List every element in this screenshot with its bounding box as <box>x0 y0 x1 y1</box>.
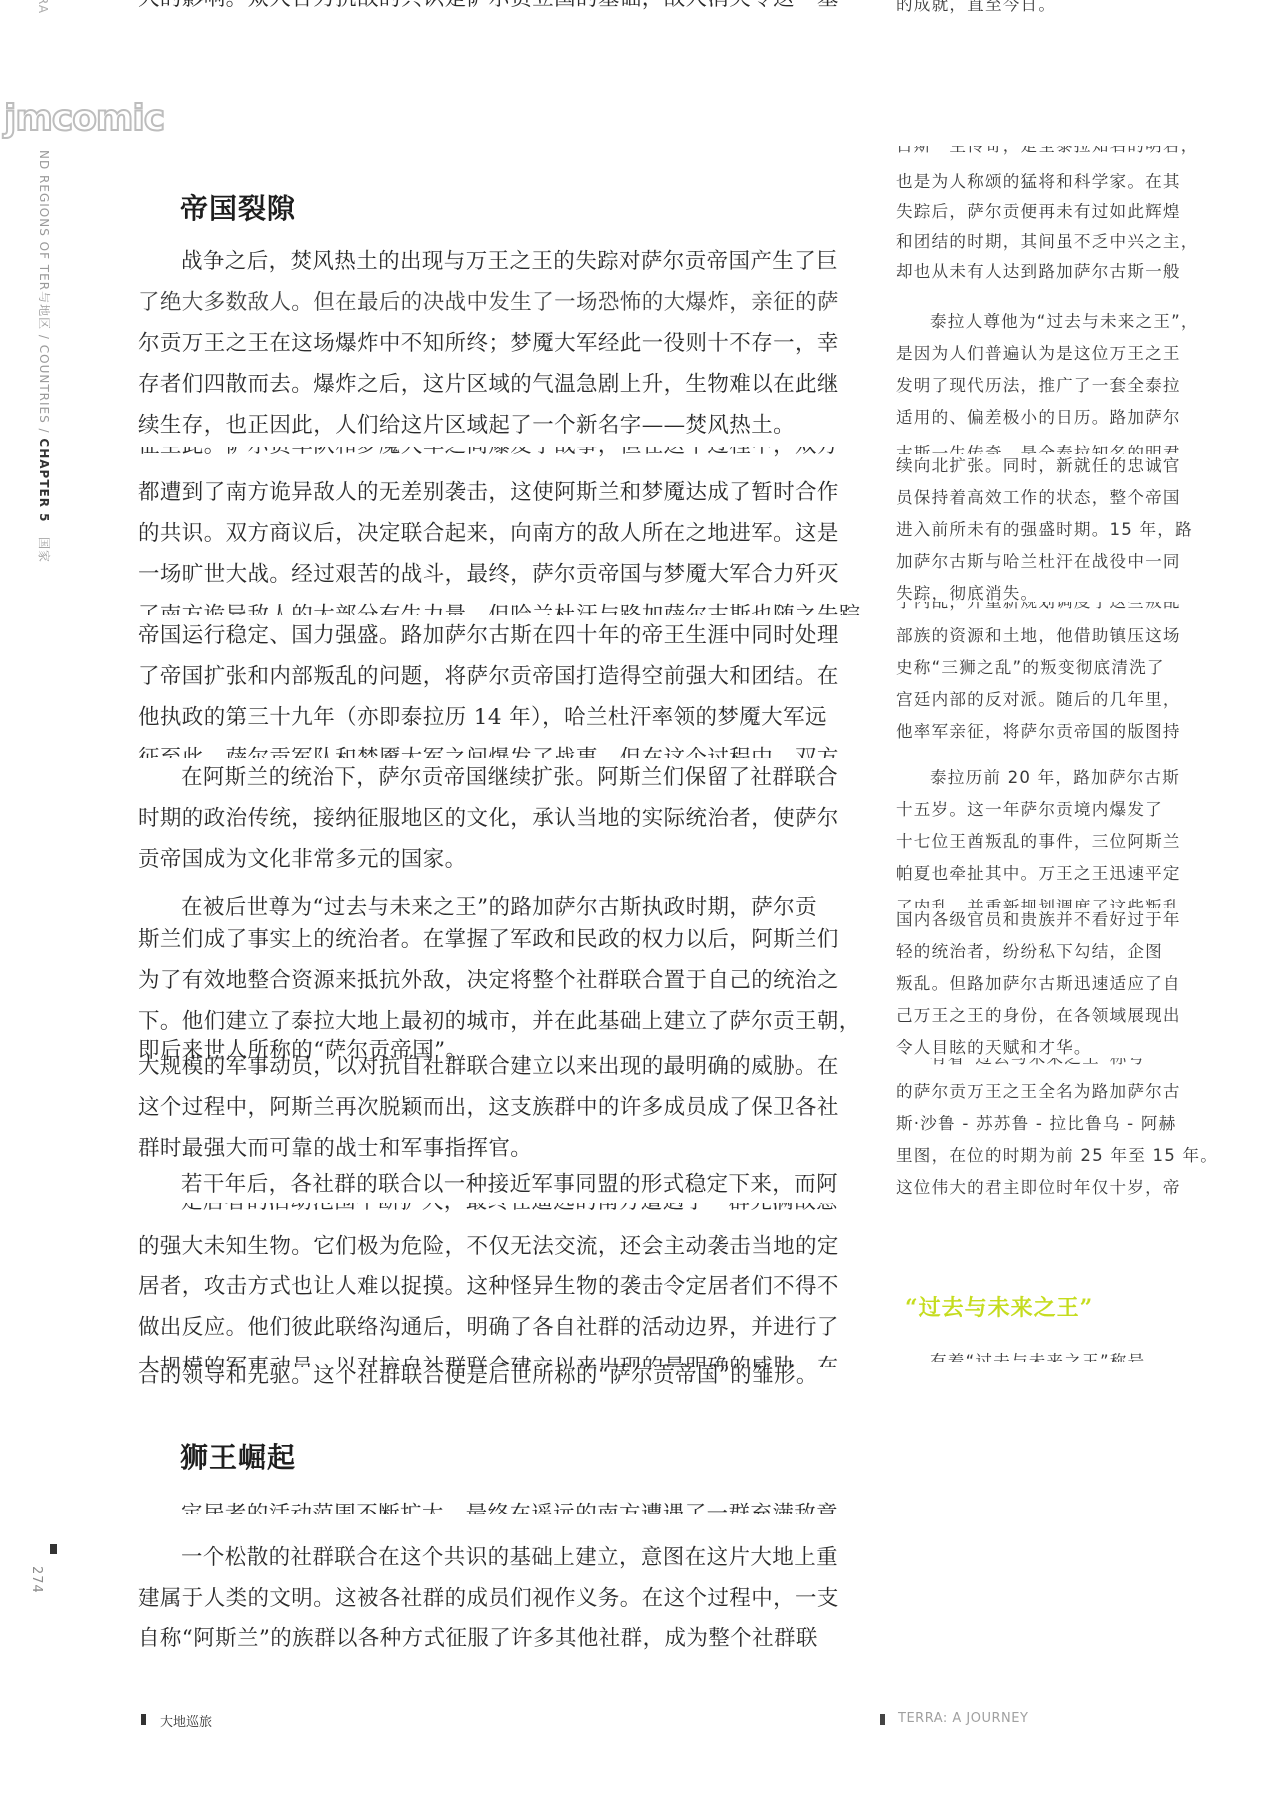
text-line: 合的领导和先驱。这个社群联合便是后世所称的“萨尔贡帝国”的雏形。 <box>138 1361 818 1391</box>
sidebar-text-line: 适用的、偏差极小的日历。路加萨尔 <box>896 406 1181 430</box>
sidebar-text-line: 泰拉人尊他为“过去与未来之王”， <box>930 310 1199 334</box>
sidebar-text-line: 国内各级官员和贵族并不看好过于年 <box>896 908 1181 932</box>
sidebar-heading-king-past-future: “过去与未来之王” <box>905 1291 1093 1322</box>
clipped-line: 了南方诡异敌人的大部分有生力量，但哈兰杜汗与路加萨尔古斯也随之失踪 <box>138 601 861 615</box>
sidebar-text-line: 部族的资源和土地，他借助镇压这场 <box>896 624 1181 648</box>
chapter-cn: 国家 <box>37 537 51 563</box>
text-line: 群时最强大而可靠的战士和军事指挥官。 <box>138 1134 532 1164</box>
running-head-cn: 与地区 <box>37 291 51 330</box>
text-line: 斯兰们成了事实上的统治者。在掌握了军政和民政的权力以后，阿斯兰们 <box>138 925 839 955</box>
section-heading-lion-king-rise: 狮王崛起 <box>180 1436 296 1476</box>
sidebar-text-line: 这位伟大的君主即位时年仅十岁，帝 <box>896 1176 1181 1200</box>
text-line: 贡帝国成为文化非常多元的国家。 <box>138 845 467 875</box>
running-head-top-fragment: RA <box>36 0 50 14</box>
sidebar-text-line: 进入前所未有的强盛时期。15 年，路 <box>896 518 1193 542</box>
sidebar-text-line: 续向北扩张。同时，新就任的忠诚官 <box>896 454 1181 478</box>
chapter-running-head: ND REGIONS OF TER与地区 / COUNTRIES / CHAPT… <box>36 150 53 563</box>
footer-marker-left <box>141 1714 146 1725</box>
sidebar-text-line: 帕夏也牵扯其中。万王之王迅速平定 <box>896 862 1181 886</box>
sidebar-text-line: 失踪后，萨尔贡便再未有过如此辉煌 <box>896 200 1181 224</box>
footer-marker-right <box>880 1714 885 1725</box>
sidebar-text-line: 却也从未有人达到路加萨尔古斯一般 <box>896 260 1181 284</box>
text-line: 了帝国扩张和内部叛乱的问题，将萨尔贡帝国打造得空前强大和团结。在 <box>138 662 839 692</box>
text-line: 一场旷世大战。经过艰苦的战斗，最终，萨尔贡帝国与梦魇大军合力歼灭 <box>138 560 839 590</box>
clipped-line: 古斯一生传奇，是全泰拉知名的明君， <box>896 146 1199 158</box>
sidebar-text-line: 十五岁。这一年萨尔贡境内爆发了 <box>896 798 1163 822</box>
page-number: 274 <box>29 1566 44 1594</box>
text-line: 若干年后，各社群的联合以一种接近军事同盟的形式稳定下来，而阿 <box>181 1170 838 1200</box>
clipped-line: 了内乱，并重新规划调度了这些叛乱 <box>896 896 1181 908</box>
text-line: 了绝大多数敌人。但在最后的决战中发生了一场恐怖的大爆炸，亲征的萨 <box>138 288 839 318</box>
sidebar-text-line: 泰拉历前 20 年，路加萨尔古斯 <box>930 766 1180 790</box>
text-line: 尔贡万王之王在这场爆炸中不知所终；梦魇大军经此一役则十不存一，幸 <box>138 329 839 359</box>
text-line: 为了有效地整合资源来抵抗外敌，决定将整个社群联合置于自己的统治之 <box>138 966 839 996</box>
sidebar-text-line: 的成就，直至今日。 <box>896 0 1056 17</box>
sidebar-text-line: 也是为人称颂的猛将和科学家。在其 <box>896 170 1181 194</box>
clipped-line: 有着“过去与未来之王”称号 <box>930 1058 1145 1070</box>
text-line: 建属于人类的文明。这被各社群的成员们视作义务。在这个过程中，一支 <box>138 1584 839 1614</box>
chapter-label: CHAPTER 5 <box>37 438 51 522</box>
text-line: 居者，攻击方式也让人难以捉摸。这种怪异生物的袭击令定居者们不得不 <box>138 1272 839 1302</box>
sidebar-text-line: 是因为人们普遍认为是这位万王之王 <box>896 342 1181 366</box>
running-head-mid: / COUNTRIES / <box>37 330 51 438</box>
sidebar-text-line: 发明了现代历法，推广了一套全泰拉 <box>896 374 1181 398</box>
text-line: 的强大未知生物。它们极为危险，不仅无法交流，还会主动袭击当地的定 <box>138 1232 839 1262</box>
text-line: 他执政的第三十九年（亦即泰拉历 14 年），哈兰杜汗率领的梦魇大军远 <box>138 703 827 733</box>
sidebar-text-line: 叛乱。但路加萨尔古斯迅速适应了自 <box>896 972 1181 996</box>
clipped-line: 征至此。萨尔贡军队和梦魇大军之间爆发了战事，但在这个过程中，双方 <box>138 744 839 758</box>
clipped-line: 定居者的活动范围不断扩大，最终在遥远的南方遭遇了一群充满敌意 <box>181 1203 838 1217</box>
sidebar-text-line: 令人目眩的天赋和才华。 <box>896 1036 1092 1060</box>
page-marker <box>50 1544 57 1554</box>
text-line: 存者们四散而去。爆炸之后，这片区域的气温急剧上升，生物难以在此继 <box>138 370 839 400</box>
clipped-line: 定居者的活动范围不断扩大，最终在遥远的南方遭遇了一群充满敌意 <box>181 1500 838 1514</box>
text-line: 在阿斯兰的统治下，萨尔贡帝国继续扩张。阿斯兰们保留了社群联合 <box>181 763 838 793</box>
sidebar-text-line: 十七位王酋叛乱的事件，三位阿斯兰 <box>896 830 1181 854</box>
watermark-logo: jmcomic <box>4 98 164 139</box>
text-line: 时期的政治传统，接纳征服地区的文化，承认当地的实际统治者，使萨尔 <box>138 804 839 834</box>
sidebar-text-line: 加萨尔古斯与哈兰杜汗在战役中一同 <box>896 550 1181 574</box>
text-line: 帝国运行稳定、国力强盛。路加萨尔古斯在四十年的帝王生涯中同时处理 <box>138 621 839 651</box>
text-line: 都遭到了南方诡异敌人的无差别袭击，这使阿斯兰和梦魇达成了暂时合作 <box>138 478 839 508</box>
text-line: 自称“阿斯兰”的族群以各种方式征服了许多其他社群，成为整个社群联 <box>138 1624 818 1654</box>
clipped-line: 古斯一生传奇，是全泰拉知名的明君， <box>896 442 1199 454</box>
text-line: 这个过程中，阿斯兰再次脱颖而出，这支族群中的许多成员成了保卫各社 <box>138 1093 839 1123</box>
footer-book-title-en: TERRA: A JOURNEY <box>898 1711 1028 1726</box>
sidebar-text-line: 员保持着高效工作的状态，整个帝国 <box>896 486 1181 510</box>
sidebar-text-line: 己万王之王的身份，在各领域展现出 <box>896 1004 1181 1028</box>
section-heading-empire-rift: 帝国裂隙 <box>180 187 296 227</box>
sidebar-text-line: 轻的统治者，纷纷私下勾结，企图 <box>896 940 1163 964</box>
text-line: 战争之后，焚风热土的出现与万王之王的失踪对萨尔贡帝国产生了巨 <box>181 247 838 277</box>
text-line: 大规模的军事动员，以对抗自社群联合建立以来出现的最明确的威胁。在 <box>138 1052 839 1082</box>
sidebar-text-line: 他率军亲征，将萨尔贡帝国的版图持 <box>896 720 1181 744</box>
sidebar-text-line: 里图，在位的时期为前 25 年至 15 年。 <box>896 1144 1218 1168</box>
text-line: 在被后世尊为“过去与未来之王”的路加萨尔古斯执政时期，萨尔贡 <box>181 893 817 923</box>
text-line: 一个松散的社群联合在这个共识的基础上建立，意图在这片大地上重 <box>181 1543 838 1573</box>
text-line: 续生存，也正因此，人们给这片区域起了一个新名字——焚风热土。 <box>138 411 795 441</box>
sidebar-text-line: 的萨尔贡万王之王全名为路加萨尔古 <box>896 1080 1181 1104</box>
sidebar-text-line: 宫廷内部的反对派。随后的几年里， <box>896 688 1181 712</box>
sidebar-text-line: 和团结的时期，其间虽不乏中兴之主， <box>896 230 1199 254</box>
text-line: 做出反应。他们彼此联络沟通后，明确了各自社群的活动边界，并进行了 <box>138 1313 839 1343</box>
clipped-line: 征至此。萨尔贡军队和梦魇大军之间爆发了战事，但在这个过程中，双方 <box>138 447 839 461</box>
clipped-line: 大的影响。众人合力抗敌的共识是萨尔贡立国的基础，敌人消失令这一基 <box>138 0 839 14</box>
text-line: 下。他们建立了泰拉大地上最初的城市，并在此基础上建立了萨尔贡王朝， <box>138 1007 861 1037</box>
running-head-prefix: ND REGIONS OF TER <box>37 150 51 291</box>
clipped-line: 了内乱，并重新规划调度了这些叛乱 <box>896 602 1181 614</box>
footer-book-title: 大地巡旅 <box>160 1711 212 1730</box>
clipped-line: 有着“过去与未来之王”称号 <box>930 1350 1145 1362</box>
text-line: 的共识。双方商议后，决定联合起来，向南方的敌人所在之地进军。这是 <box>138 519 839 549</box>
sidebar-text-line: 斯·沙鲁 - 苏苏鲁 - 拉比鲁乌 - 阿赫 <box>896 1112 1176 1136</box>
sidebar-text-line: 史称“三狮之乱”的叛变彻底清洗了 <box>896 656 1165 680</box>
